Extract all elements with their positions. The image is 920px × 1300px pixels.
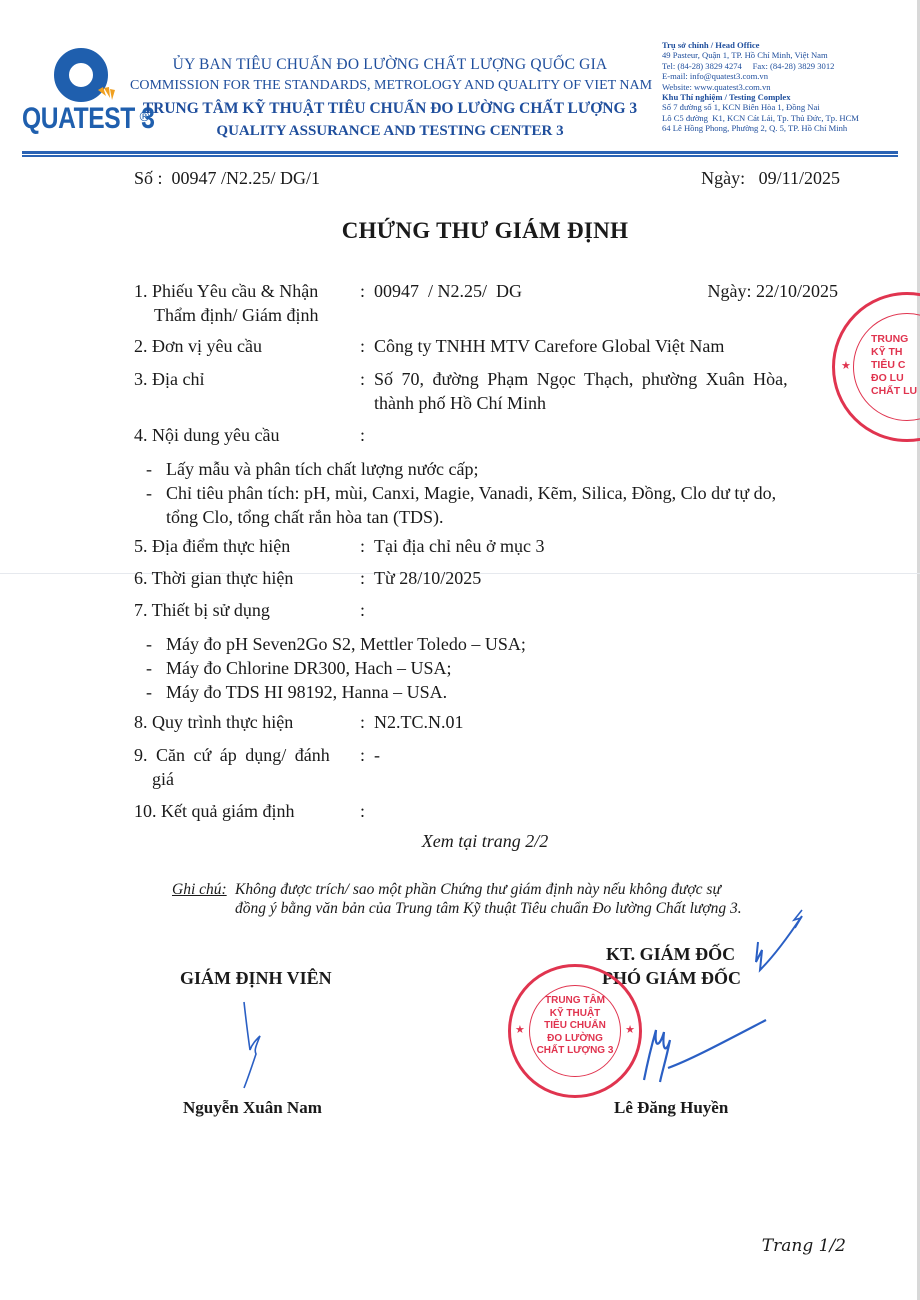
stamp-line: ĐO LƯỜNG [533, 1033, 617, 1046]
item-1: 1. Phiếu Yêu cầu & Nhận Thẩm định/ Giám … [134, 279, 844, 327]
certificate-number: Số : 00947 /N2.25/ DG/1 [134, 168, 320, 189]
item-value: Từ 28/10/2025 [374, 566, 844, 590]
item-label-cont: Thẩm định/ Giám định [154, 303, 379, 327]
item-label: 4. Nội dung yêu cầu [134, 423, 359, 447]
stamp-line: TRUNG [871, 333, 919, 346]
bullet-dash: - [146, 481, 152, 505]
partial-edge-stamp: TRUNG KỸ TH TIÊU C ĐO LU CHẤT LU ★ [832, 292, 920, 442]
item-colon: : [360, 710, 365, 734]
item-colon: : [360, 423, 365, 447]
org-name-en: COMMISSION FOR THE STANDARDS, METROLOGY … [130, 76, 650, 96]
item-value: Công ty TNHH MTV Carefore Global Việt Na… [374, 334, 844, 358]
item-label: 1. Phiếu Yêu cầu & Nhận [134, 279, 359, 303]
item-value: Tại địa chỉ nêu ở mục 3 [374, 534, 844, 558]
stamp-line: TIÊU CHUẨN [533, 1020, 617, 1033]
item-label: 10. Kết quả giám định [134, 799, 359, 823]
head-office-address: 49 Pasteur, Quận 1, TP. Hồ Chí Minh, Việ… [662, 50, 918, 60]
item-colon: : [360, 566, 365, 590]
stamp-line: KỸ THUẬT [533, 1008, 617, 1021]
testing-complex-label: Khu Thí nghiệm / Testing Complex [662, 92, 918, 102]
item-colon: : [360, 743, 365, 767]
document-title: CHỨNG THƯ GIÁM ĐỊNH [0, 218, 920, 244]
bullet-text: Máy đo Chlorine DR300, Hach – USA; [166, 656, 856, 680]
item-colon: : [360, 334, 365, 358]
stamp-line: CHẤT LƯỢNG 3 [533, 1045, 617, 1058]
item-colon: : [360, 598, 365, 622]
item-colon: : [360, 279, 365, 303]
email: E-mail: info@quatest3.com.vn [662, 71, 918, 81]
header-divider [22, 151, 898, 157]
inspector-name: Nguyễn Xuân Nam [183, 1098, 322, 1118]
inspector-title: GIÁM ĐỊNH VIÊN [180, 968, 332, 989]
item-label: 5. Địa điểm thực hiện [134, 534, 359, 558]
item-label: 7. Thiết bị sử dụng [134, 598, 359, 622]
item-label: 3. Địa chỉ [134, 367, 359, 391]
item-label: 9. Căn cứ áp dụng/ đánh [134, 743, 359, 767]
item-value: Số 70, đường Phạm Ngọc Thạch, phường Xuâ… [374, 367, 844, 391]
head-office-label: Trụ sở chính / Head Office [662, 40, 918, 50]
stamp-line: KỸ TH [871, 346, 919, 359]
stamp-star-icon: ★ [841, 359, 851, 372]
bullet-text: tổng Clo, tổng chất rắn hòa tan (TDS). [166, 505, 856, 529]
inspector-signature [230, 1000, 270, 1090]
bullet-text: Máy đo pH Seven2Go S2, Mettler Toledo – … [166, 632, 856, 656]
item-colon: : [360, 534, 365, 558]
stamp-line: TIÊU C [871, 359, 919, 372]
director-name: Lê Đăng Huyền [614, 1098, 728, 1118]
page-number: Trang 1/2 [762, 1236, 846, 1256]
certificate-date: Ngày: 09/11/2025 [701, 168, 840, 189]
note-label: Ghi chú: [172, 880, 227, 899]
letterhead-center: ỦY BAN TIÊU CHUẨN ĐO LƯỜNG CHẤT LƯỢNG QU… [130, 54, 650, 141]
testing-address-3: 64 Lê Hồng Phong, Phường 2, Q. 5, TP. Hồ… [662, 123, 918, 133]
item-label: 2. Đơn vị yêu cầu [134, 334, 359, 358]
testing-address-2: Lô C5 đường K1, KCN Cát Lái, Tp. Thủ Đức… [662, 113, 918, 123]
request-date: Ngày: 22/10/2025 [708, 279, 839, 303]
contact-block: Trụ sở chính / Head Office 49 Pasteur, Q… [662, 40, 918, 134]
stamp-line: TRUNG TÂM [533, 995, 617, 1008]
bullet-dash: - [146, 632, 152, 656]
center-name-en: QUALITY ASSURANCE AND TESTING CENTER 3 [130, 121, 650, 141]
item-colon: : [360, 799, 365, 823]
bullet-dash: - [146, 680, 152, 704]
bullet-text: Chỉ tiêu phân tích: pH, mùi, Canxi, Magi… [166, 481, 856, 505]
director-signature [620, 1010, 770, 1090]
item-label: 6. Thời gian thực hiện [134, 566, 359, 590]
item-value-cont: thành phố Hồ Chí Minh [374, 391, 844, 415]
bullet-text: Máy đo TDS HI 98192, Hanna – USA. [166, 680, 856, 704]
note-line-2: đồng ý bằng văn bản của Trung tâm Kỹ thu… [235, 899, 815, 918]
item-colon: : [360, 367, 365, 391]
director-title-1: KT. GIÁM ĐỐC [606, 944, 735, 965]
see-page-reference: Xem tại trang 2/2 [0, 831, 920, 852]
item-label: 8. Quy trình thực hiện [134, 710, 359, 734]
bullet-text: Lấy mẫu và phân tích chất lượng nước cấp… [166, 457, 856, 481]
item-value: N2.TC.N.01 [374, 710, 844, 734]
tel-fax: Tel: (84-28) 3829 4274 Fax: (84-28) 3829… [662, 61, 918, 71]
bullet-dash: - [146, 656, 152, 680]
stamp-line: ĐO LU [871, 372, 919, 385]
stamp-star-icon: ★ [515, 1023, 525, 1036]
director-initial-signature [746, 912, 806, 984]
item-label-cont: giá [152, 767, 377, 791]
center-name-vi: TRUNG TÂM KỸ THUẬT TIÊU CHUẨN ĐO LƯỜNG C… [130, 97, 650, 121]
website: Website: www.quatest3.com.vn [662, 82, 918, 92]
note-line-1: Không được trích/ sao một phần Chứng thư… [235, 880, 815, 899]
org-name-vi: ỦY BAN TIÊU CHUẨN ĐO LƯỜNG CHẤT LƯỢNG QU… [130, 54, 650, 76]
stamp-line: CHẤT LU [871, 385, 919, 398]
testing-address-1: Số 7 đường số 1, KCN Biên Hòa 1, Đồng Na… [662, 102, 918, 112]
item-value: - [374, 743, 844, 767]
bullet-dash: - [146, 457, 152, 481]
